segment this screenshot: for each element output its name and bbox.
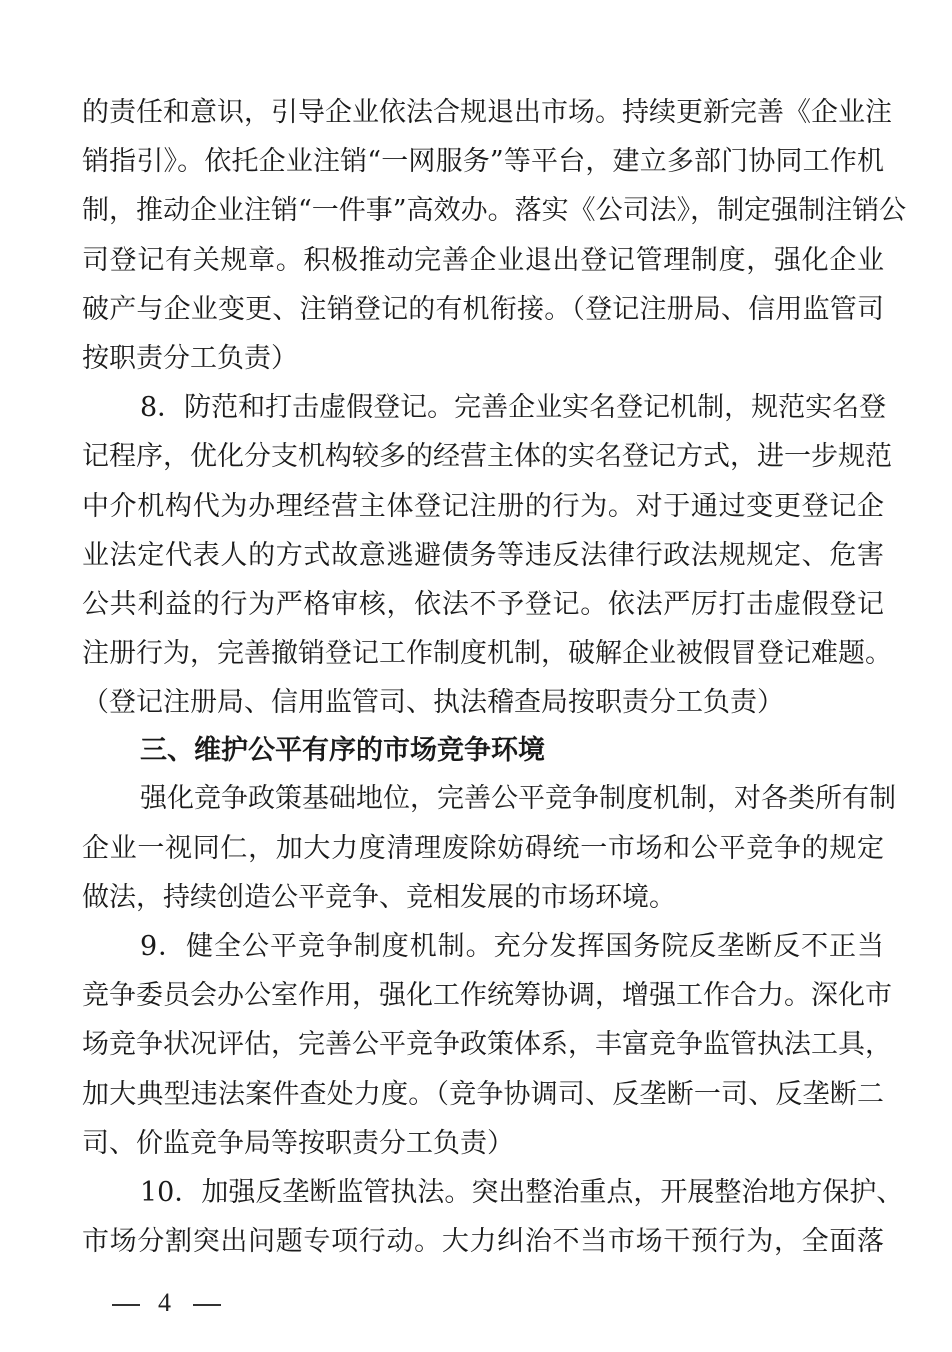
document-page: 的责任和意识，引导企业依法合规退出市场。持续更新完善《企业注 销指引》。依托企业… — [82, 88, 884, 1266]
text-line: 市场分割突出问题专项行动。大力纠治不当市场干预行为，全面落 — [82, 1217, 884, 1266]
text-line: 8．防范和打击虚假登记。完善企业实名登记机制，规范实名登 — [82, 383, 884, 432]
text-line: 破产与企业变更、注销登记的有机衔接。（登记注册局、信用监管司 — [82, 285, 884, 334]
footer-dash-left — [112, 1304, 140, 1306]
text-line: 9．健全公平竞争制度机制。充分发挥国务院反垄断反不正当 — [82, 922, 884, 971]
text-line: 司登记有关规章。积极推动完善企业退出登记管理制度，强化企业 — [82, 236, 884, 285]
text-line: （登记注册局、信用监管司、执法稽查局按职责分工负责） — [82, 678, 884, 727]
text-line: 制，推动企业注销“一件事”高效办。落实《公司法》，制定强制注销公 — [82, 186, 884, 235]
section-heading: 三、维护公平有序的市场竞争环境 — [82, 727, 884, 774]
text-line: 场竞争状况评估，完善公平竞争政策体系，丰富竞争监管执法工具， — [82, 1020, 884, 1069]
text-line: 10．加强反垄断监管执法。突出整治重点，开展整治地方保护、 — [82, 1168, 884, 1217]
text-line: 竞争委员会办公室作用，强化工作统筹协调，增强工作合力。深化市 — [82, 971, 884, 1020]
text-line: 注册行为，完善撤销登记工作制度机制，破解企业被假冒登记难题。 — [82, 629, 884, 678]
text-line: 公共利益的行为严格审核，依法不予登记。依法严厉打击虚假登记 — [82, 580, 884, 629]
text-line: 强化竞争政策基础地位，完善公平竞争制度机制，对各类所有制 — [82, 774, 884, 823]
text-line: 的责任和意识，引导企业依法合规退出市场。持续更新完善《企业注 — [82, 88, 884, 137]
text-line: 中介机构代为办理经营主体登记注册的行为。对于通过变更登记企 — [82, 482, 884, 531]
paragraph-item-8: 8．防范和打击虚假登记。完善企业实名登记机制，规范实名登 记程序，优化分支机构较… — [82, 383, 884, 727]
paragraph-item-9: 9．健全公平竞争制度机制。充分发挥国务院反垄断反不正当 竞争委员会办公室作用，强… — [82, 922, 884, 1168]
text-line: 按职责分工负责） — [82, 334, 884, 383]
paragraph-section-intro: 强化竞争政策基础地位，完善公平竞争制度机制，对各类所有制 企业一视同仁，加大力度… — [82, 774, 884, 922]
text-line: 销指引》。依托企业注销“一网服务”等平台，建立多部门协同工作机 — [82, 137, 884, 186]
paragraph-continuation: 的责任和意识，引导企业依法合规退出市场。持续更新完善《企业注 销指引》。依托企业… — [82, 88, 884, 383]
page-footer: 4 — [112, 1288, 221, 1318]
text-line: 企业一视同仁，加大力度清理废除妨碍统一市场和公平竞争的规定 — [82, 824, 884, 873]
text-line: 司、价监竞争局等按职责分工负责） — [82, 1119, 884, 1168]
text-line: 业法定代表人的方式故意逃避债务等违反法律行政法规规定、危害 — [82, 531, 884, 580]
text-line: 记程序，优化分支机构较多的经营主体的实名登记方式，进一步规范 — [82, 432, 884, 481]
text-line: 加大典型违法案件查处力度。（竞争协调司、反垄断一司、反垄断二 — [82, 1070, 884, 1119]
paragraph-item-10: 10．加强反垄断监管执法。突出整治重点，开展整治地方保护、 市场分割突出问题专项… — [82, 1168, 884, 1266]
text-line: 做法，持续创造公平竞争、竞相发展的市场环境。 — [82, 873, 884, 922]
page-number: 4 — [158, 1288, 175, 1318]
footer-dash-right — [193, 1304, 221, 1306]
